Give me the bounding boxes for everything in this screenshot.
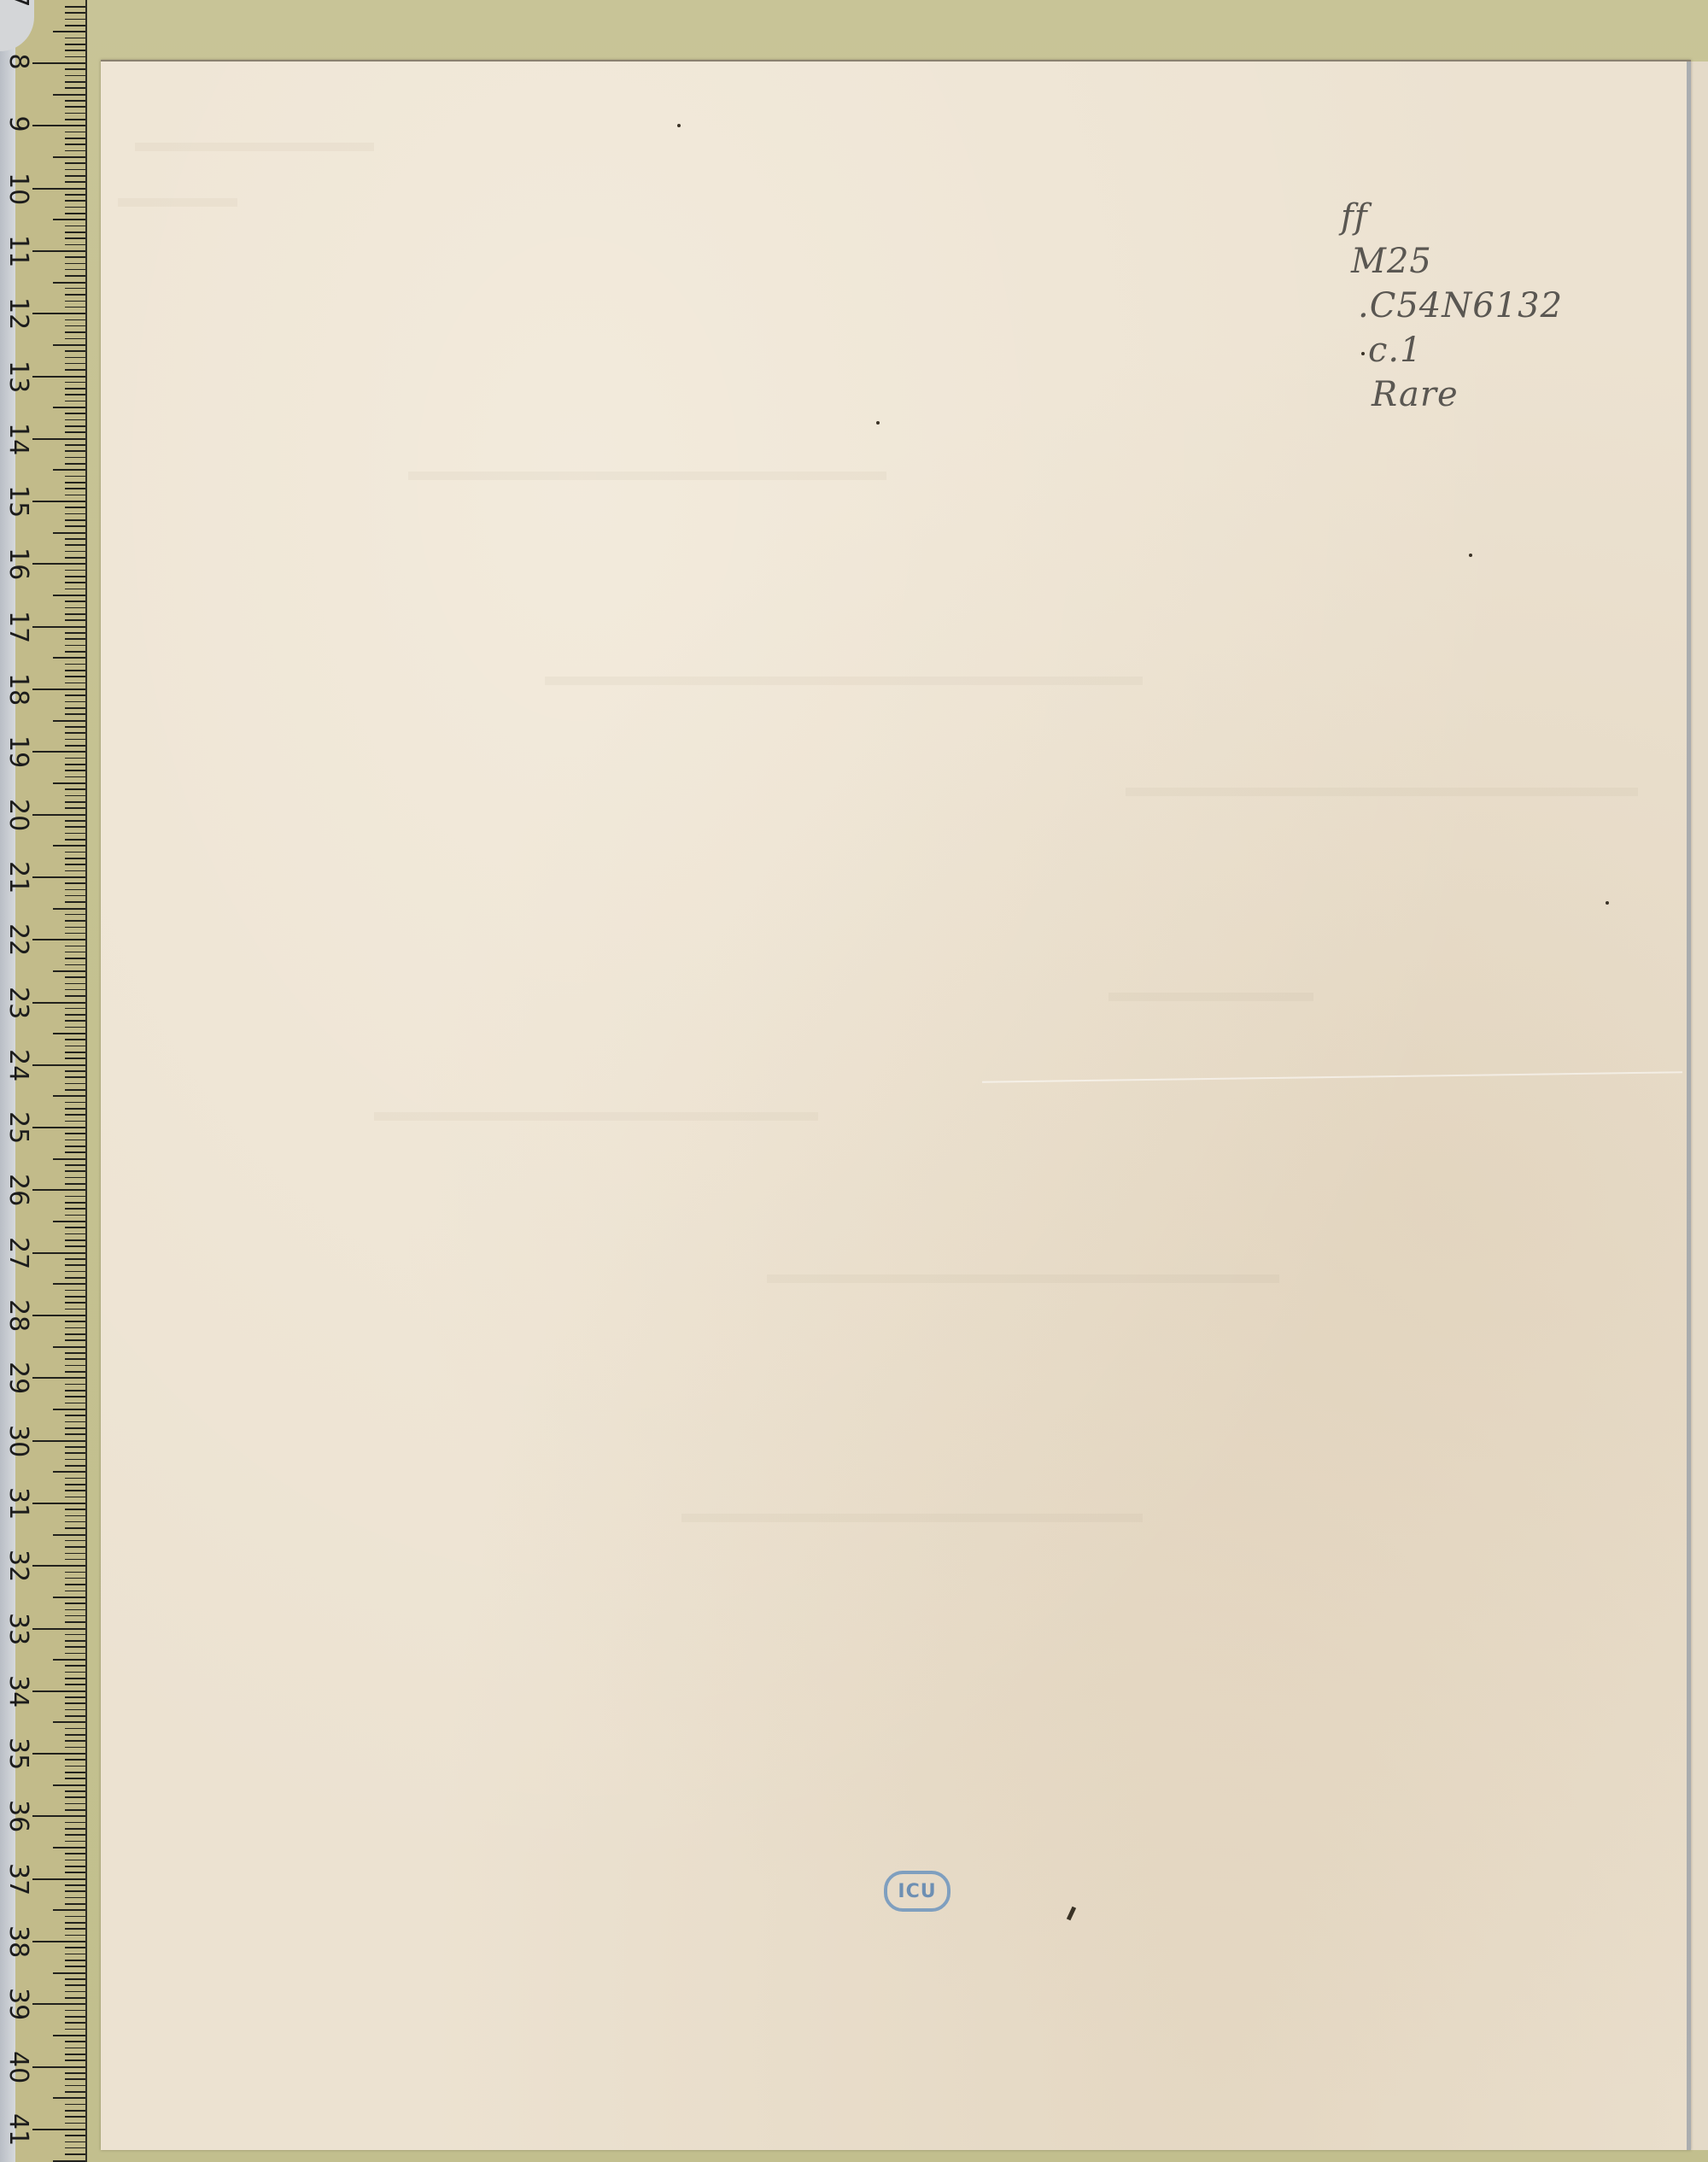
- ruler-tick: [65, 852, 85, 853]
- ruler-tick: [65, 1070, 85, 1072]
- ruler-tick: [65, 694, 85, 696]
- next-page-edge: [1691, 62, 1708, 2150]
- ruler-tick: [53, 2035, 85, 2036]
- ruler-tick: [53, 219, 85, 220]
- show-through-text: [118, 198, 237, 207]
- ruler-tick: [65, 1828, 85, 1830]
- ruler-tick: [53, 1847, 85, 1849]
- ruler-tick: [65, 1747, 85, 1749]
- ruler-tick: [53, 31, 85, 32]
- ruler-tick: [65, 1271, 85, 1273]
- ruler-tick: [65, 920, 85, 922]
- ruler-tick: [65, 1734, 85, 1736]
- ruler-tick: [65, 244, 85, 246]
- ruler-tick: [65, 1922, 85, 1924]
- ruler-tick: [65, 739, 85, 741]
- handwritten-call-number: ff M25 .C54N6132 c.1 Rare: [1339, 195, 1563, 417]
- ruler-tick: [65, 431, 85, 433]
- ruler-tick: [65, 525, 85, 527]
- ruler-tick: [65, 1133, 85, 1134]
- ruler-tick: [65, 2091, 85, 2093]
- ruler-label: 17: [5, 611, 31, 640]
- ruler-tick: [65, 1403, 85, 1404]
- paper-speck: [1361, 352, 1365, 355]
- ruler-tick: [32, 313, 85, 314]
- ruler-tick: [65, 2072, 85, 2074]
- ruler-tick: [65, 933, 85, 935]
- paper-speck: [1469, 554, 1472, 557]
- ruler-tick: [65, 138, 85, 139]
- ruler-tick: [65, 889, 85, 891]
- ruler-tick: [32, 563, 85, 565]
- call-number-line: .C54N6132: [1358, 284, 1563, 328]
- ruler-tick: [65, 1196, 85, 1198]
- ruler-tick: [53, 407, 85, 408]
- ruler-label: 12: [5, 297, 31, 326]
- ruler-tick: [53, 469, 85, 471]
- ruler-tick: [65, 444, 85, 446]
- ruler-tick: [65, 833, 85, 835]
- ruler-tick: [32, 1628, 85, 1630]
- ruler-tick: [65, 1866, 85, 1867]
- show-through-text: [1126, 788, 1638, 796]
- ruler-tick: [65, 12, 85, 14]
- ruler-tick: [65, 914, 85, 916]
- ruler-tick: [65, 495, 85, 496]
- ruler-tick: [65, 1358, 85, 1360]
- ruler-tick: [65, 1759, 85, 1761]
- ruler-tick: [65, 1302, 85, 1304]
- ruler-tick: [65, 1903, 85, 1905]
- show-through-text: [408, 472, 886, 480]
- ruler-tick: [65, 1609, 85, 1611]
- ruler-tick: [65, 882, 85, 884]
- ruler-tick: [65, 113, 85, 114]
- ruler-tick: [65, 1039, 85, 1040]
- ruler-tick: [65, 1321, 85, 1322]
- ruler-tick: [65, 1371, 85, 1373]
- ruler-tick: [65, 1653, 85, 1655]
- ruler-tick: [32, 688, 85, 690]
- ruler-tick: [32, 626, 85, 628]
- ruler-tick: [65, 1108, 85, 1110]
- ruler-label: 27: [5, 1237, 31, 1266]
- ruler-tick: [65, 1339, 85, 1341]
- ruler-tick: [65, 601, 85, 602]
- ruler-tick: [65, 2041, 85, 2042]
- ruler-tick: [65, 1778, 85, 1779]
- paper-speck: [1606, 901, 1609, 905]
- ruler-tick: [53, 782, 85, 784]
- ruler-tick: [65, 413, 85, 414]
- ruler-label: 10: [5, 173, 31, 202]
- show-through-text: [135, 143, 374, 151]
- ruler-tick: [65, 450, 85, 452]
- ruler-tick: [65, 1170, 85, 1172]
- ruler-tick: [65, 507, 85, 508]
- ruler-label: 38: [5, 1925, 31, 1954]
- ruler-label: 29: [5, 1362, 31, 1391]
- ruler-tick: [65, 1140, 85, 1141]
- ruler-tick: [65, 1966, 85, 1967]
- ruler-tick: [32, 125, 85, 126]
- ruler-tick: [65, 331, 85, 333]
- ruler-tick: [53, 1033, 85, 1034]
- ruler-tick: [65, 2104, 85, 2106]
- ruler-tick: [65, 676, 85, 677]
- ruler-tick: [65, 2054, 85, 2055]
- call-number-line: M25: [1351, 239, 1563, 284]
- ruler-tick: [65, 325, 85, 327]
- ruler-tick: [65, 294, 85, 296]
- ruler-tick: [65, 100, 85, 102]
- ruler-tick: [53, 1158, 85, 1160]
- ruler-tick: [65, 106, 85, 108]
- ruler-tick: [65, 1352, 85, 1354]
- ruler-tick: [65, 1046, 85, 1047]
- ruler-tick: [32, 1815, 85, 1817]
- ruler-tick: [65, 1427, 85, 1429]
- ruler-label: 30: [5, 1425, 31, 1454]
- ruler-tick: [65, 1841, 85, 1843]
- ruler-tick: [65, 1796, 85, 1798]
- ruler-tick: [32, 2003, 85, 2005]
- ruler-tick: [65, 1446, 85, 1448]
- ruler-tick: [65, 2085, 85, 2087]
- ruler-tick: [32, 1753, 85, 1755]
- ruler-tick: [65, 858, 85, 859]
- measuring-ruler: 7891011121314151617181920212223242526272…: [0, 0, 87, 2162]
- ruler-tick: [65, 964, 85, 966]
- ruler-tick: [65, 576, 85, 577]
- ruler-tick: [65, 119, 85, 120]
- ruler-tick: [32, 501, 85, 502]
- ruler-tick: [65, 1640, 85, 1642]
- ruler-tick: [65, 901, 85, 903]
- ruler-tick: [65, 1390, 85, 1392]
- show-through-text: [767, 1274, 1279, 1283]
- ruler-tick: [65, 56, 85, 58]
- ruler-tick: [65, 519, 85, 521]
- ruler-tick: [53, 1721, 85, 1723]
- ruler-tick: [53, 156, 85, 158]
- ruler-tick: [32, 188, 85, 190]
- ruler-tick: [65, 2123, 85, 2124]
- ruler-tick: [32, 1690, 85, 1692]
- ruler-tick: [65, 1702, 85, 1704]
- ruler-tick: [65, 544, 85, 546]
- ruler-tick: [65, 144, 85, 145]
- ruler-tick: [65, 44, 85, 45]
- ruler-label: 18: [5, 673, 31, 702]
- ruler-tick: [65, 1296, 85, 1298]
- ruler-tick: [65, 425, 85, 427]
- ruler-tick: [65, 1559, 85, 1561]
- ruler-tick: [32, 1377, 85, 1379]
- ruler-tick: [65, 1853, 85, 1854]
- ruler-label: 14: [5, 423, 31, 452]
- ruler-tick: [65, 1935, 85, 1936]
- ruler-tick: [65, 1239, 85, 1241]
- ruler-tick: [32, 250, 85, 252]
- ruler-tick: [65, 1233, 85, 1235]
- ruler-tick: [65, 1991, 85, 1993]
- ruler-tick: [65, 1772, 85, 1773]
- ruler-tick: [53, 1221, 85, 1222]
- ruler-tick: [65, 1396, 85, 1397]
- ruler-tick: [65, 1728, 85, 1730]
- ruler-tick: [65, 200, 85, 202]
- ruler-tick: [65, 1258, 85, 1260]
- ruler-tick: [65, 256, 85, 258]
- ruler-tick: [65, 707, 85, 709]
- ruler-tick: [65, 989, 85, 991]
- ruler-tick: [65, 1860, 85, 1861]
- ruler-tick: [65, 1684, 85, 1685]
- ruler-tick: [65, 1890, 85, 1892]
- ruler-tick: [65, 1183, 85, 1185]
- ruler-tick: [65, 1014, 85, 1016]
- ruler-tick: [65, 632, 85, 634]
- ruler-tick: [65, 582, 85, 583]
- ruler-tick: [65, 713, 85, 715]
- ruler-label: 23: [5, 987, 31, 1016]
- ruler-tick: [65, 2010, 85, 2012]
- ruler-label: 13: [5, 360, 31, 390]
- ruler-tick: [65, 169, 85, 171]
- ruler-tick: [32, 1941, 85, 1942]
- ruler-tick: [65, 301, 85, 302]
- ruler-tick: [65, 181, 85, 183]
- ruler-tick: [65, 19, 85, 21]
- ruler-tick: [65, 1052, 85, 1053]
- ruler-label: 26: [5, 1174, 31, 1203]
- ruler-tick: [65, 350, 85, 352]
- ruler-tick: [65, 952, 85, 953]
- ruler-label: 21: [5, 861, 31, 890]
- ruler-label: 15: [5, 485, 31, 514]
- ruler-tick: [65, 1572, 85, 1573]
- ruler-tick: [65, 1602, 85, 1604]
- ruler-tick: [65, 1202, 85, 1204]
- ruler-tick: [65, 732, 85, 734]
- ruler-tick: [65, 683, 85, 684]
- ruler-tick: [65, 75, 85, 77]
- ruler-label: 20: [5, 799, 31, 828]
- ruler-tick: [65, 1665, 85, 1667]
- ruler-tick: [65, 758, 85, 759]
- ruler-tick: [65, 2022, 85, 2024]
- ruler-tick: [65, 1553, 85, 1555]
- ruler-tick: [65, 1740, 85, 1742]
- call-number-line: c.1: [1368, 328, 1563, 372]
- ruler-tick: [53, 1534, 85, 1536]
- ruler-label: 8: [5, 47, 31, 76]
- ruler-tick: [65, 275, 85, 277]
- ruler-label: 19: [5, 735, 31, 765]
- ruler-label: 16: [5, 548, 31, 577]
- ruler-tick: [65, 1672, 85, 1673]
- ruler-tick: [65, 870, 85, 872]
- ruler-tick: [65, 745, 85, 747]
- ruler-tick: [65, 1465, 85, 1467]
- ruler-tick: [65, 645, 85, 647]
- ruler-tick: [65, 1978, 85, 1980]
- ruler-tick: [65, 839, 85, 841]
- show-through-text: [1108, 993, 1313, 1001]
- ruler-label: 22: [5, 923, 31, 952]
- ruler-tick: [53, 1784, 85, 1786]
- ruler-tick: [65, 1020, 85, 1022]
- ruler-tick: [65, 319, 85, 321]
- ruler-label: 35: [5, 1737, 31, 1767]
- ruler-tick: [65, 1365, 85, 1367]
- ruler-tick: [65, 1578, 85, 1579]
- ruler-tick: [65, 2048, 85, 2049]
- ruler-tick: [65, 150, 85, 152]
- ruler-tick: [32, 814, 85, 816]
- ruler-tick: [65, 1102, 85, 1104]
- ruler-tick: [65, 263, 85, 265]
- ruler-tick: [65, 946, 85, 947]
- ruler-tick: [32, 939, 85, 940]
- ruler-label: 25: [5, 1111, 31, 1140]
- ruler-tick: [65, 820, 85, 822]
- ruler-tick: [32, 1440, 85, 1442]
- ruler-tick: [65, 226, 85, 227]
- ruler-label: 32: [5, 1550, 31, 1579]
- ruler-tick: [65, 1215, 85, 1216]
- ruler-tick: [65, 488, 85, 489]
- ruler-tick: [65, 1709, 85, 1711]
- ruler-tick: [65, 1646, 85, 1648]
- ruler-tick: [65, 1803, 85, 1805]
- ruler-tick: [65, 927, 85, 929]
- ruler-tick: [65, 1809, 85, 1811]
- ruler-tick: [65, 1433, 85, 1435]
- ruler-tick: [65, 2135, 85, 2136]
- ruler-tick: [65, 269, 85, 271]
- ruler-tick: [53, 720, 85, 722]
- ruler-tick: [65, 476, 85, 478]
- ruler-tick: [65, 801, 85, 803]
- ruler-label: 37: [5, 1863, 31, 1892]
- ruler-tick: [65, 1421, 85, 1423]
- ruler-tick: [65, 194, 85, 196]
- ruler-tick: [65, 1872, 85, 1873]
- ruler-tick: [65, 288, 85, 290]
- ruler-tick: [65, 589, 85, 590]
- ruler-label: 7: [5, 0, 31, 14]
- ruler-tick: [65, 1822, 85, 1824]
- ruler-tick: [32, 438, 85, 440]
- ruler-tick: [32, 1064, 85, 1066]
- ruler-tick: [65, 2110, 85, 2112]
- ruler-tick: [65, 357, 85, 359]
- ruler-label: 40: [5, 2051, 31, 2080]
- ruler-tick: [65, 1290, 85, 1292]
- ruler-tick: [65, 958, 85, 959]
- ruler-tick: [65, 1177, 85, 1179]
- ruler-tick: [65, 2153, 85, 2155]
- ruler-tick: [65, 307, 85, 308]
- ruler-tick: [53, 2160, 85, 2162]
- ruler-tick: [65, 1715, 85, 1717]
- ruler-tick: [65, 701, 85, 703]
- ruler-tick: [53, 2097, 85, 2099]
- ruler-label: 28: [5, 1299, 31, 1328]
- ruler-tick: [53, 1346, 85, 1348]
- ruler-tick: [65, 1540, 85, 1542]
- paper-speck: [876, 421, 880, 425]
- ruler-tick: [65, 1333, 85, 1335]
- ruler-tick: [65, 513, 85, 515]
- ruler-tick: [65, 401, 85, 402]
- ruler-tick: [32, 1503, 85, 1504]
- ruler-tick: [65, 1490, 85, 1491]
- ruler-tick: [65, 1621, 85, 1623]
- ruler-tick: [65, 895, 85, 897]
- ruler-tick: [65, 1151, 85, 1153]
- ruler-tick: [65, 776, 85, 778]
- ruler-tick: [53, 1283, 85, 1285]
- ruler-tick: [65, 2059, 85, 2061]
- ruler-tick: [53, 970, 85, 972]
- library-stamp: ICU: [884, 1871, 951, 1912]
- ruler-tick: [65, 38, 85, 39]
- ruler-tick: [65, 1615, 85, 1617]
- ruler-tick: [65, 1121, 85, 1122]
- ruler-tick: [65, 664, 85, 665]
- ruler-tick: [65, 995, 85, 997]
- ruler-tick: [65, 826, 85, 828]
- ruler-tick: [65, 2078, 85, 2080]
- ruler-tick: [65, 1897, 85, 1899]
- ruler-tick: [65, 551, 85, 553]
- ruler-tick: [65, 651, 85, 653]
- ruler-tick: [65, 1884, 85, 1886]
- ruler-tick: [65, 68, 85, 70]
- ruler-tick: [65, 2147, 85, 2149]
- ruler-label: 41: [5, 2113, 31, 2142]
- ruler-tick: [65, 2116, 85, 2118]
- binding-spine: [1687, 62, 1691, 2150]
- ruler-tick: [65, 795, 85, 797]
- ruler-tick: [53, 908, 85, 910]
- ruler-tick: [65, 619, 85, 621]
- ruler-tick: [65, 1954, 85, 1955]
- ruler-tick: [53, 1471, 85, 1473]
- ruler-tick: [65, 1452, 85, 1454]
- ruler-tick: [65, 1591, 85, 1592]
- ruler-tick: [32, 876, 85, 878]
- ruler-tick: [65, 363, 85, 365]
- ruler-tick: [65, 1227, 85, 1228]
- ruler-tick: [65, 2029, 85, 2030]
- ruler-tick: [65, 1634, 85, 1636]
- ruler-tick: [65, 1415, 85, 1416]
- ruler-tick: [32, 751, 85, 753]
- ruler-tick: [65, 726, 85, 728]
- show-through-text: [681, 1514, 1143, 1522]
- ruler-tick: [65, 1245, 85, 1247]
- ruler-tick: [65, 1497, 85, 1498]
- ruler-tick: [65, 1076, 85, 1078]
- ruler-tick: [32, 376, 85, 378]
- ruler-tick: [65, 1327, 85, 1329]
- ruler-tick: [65, 87, 85, 89]
- ruler-tick: [53, 1972, 85, 1974]
